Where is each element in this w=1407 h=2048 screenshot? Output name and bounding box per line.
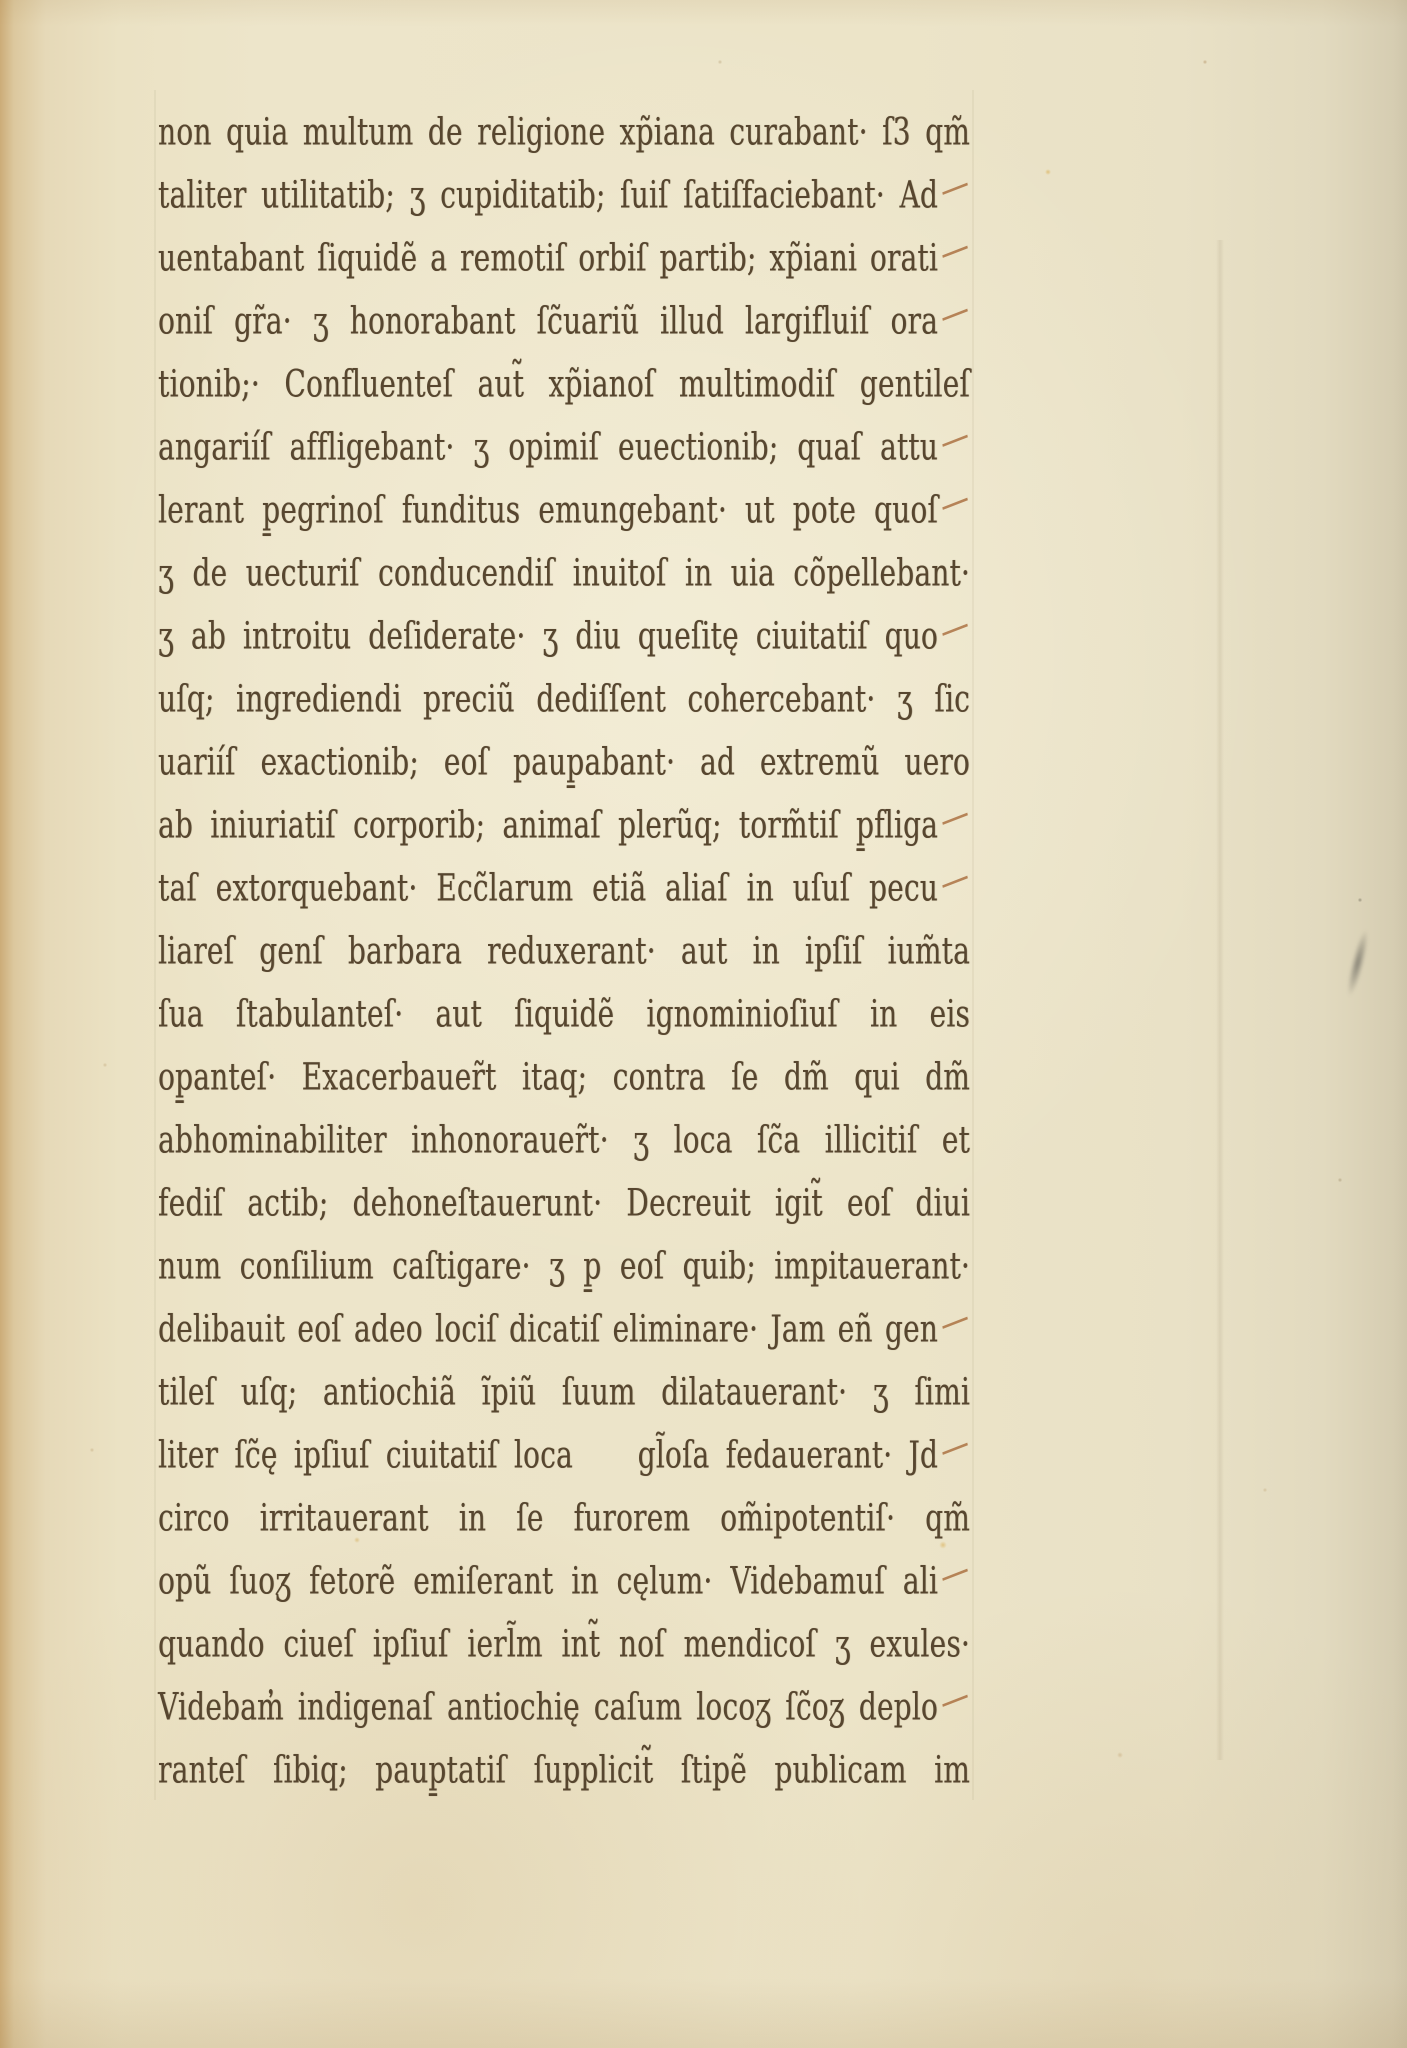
manuscript-line-text: op̱anteſ· Exacerbauer̃t itaq; contra ſe … [158, 1054, 970, 1099]
manuscript-line-text: uſq; ingrediendi preciũ dediſſent coherc… [158, 676, 970, 721]
line-filler-stroke [942, 875, 968, 887]
text-block: non quia multum de religione xp̃iana cur… [158, 100, 970, 1801]
manuscript-line-text: ſua ſtabulanteſ· aut ſiquidẽ ignominioſi… [158, 991, 970, 1036]
line-filler-stroke [942, 497, 968, 509]
line-filler-stroke [942, 812, 968, 824]
manuscript-line-text: angariíſ affligebant· ʒ opimiſ euectioni… [158, 424, 938, 469]
line-filler-stroke [942, 1316, 968, 1328]
line-filler-stroke [942, 245, 968, 257]
manuscript-line-text: taſ extorquebant· Ecc̃larum etiã aliaſ i… [158, 865, 938, 910]
manuscript-line-text: taliter utilitatib; ʒ cupiditatib; ſuiſ … [158, 172, 938, 217]
line-filler-stroke [942, 1442, 968, 1454]
manuscript-line-text: lerant p̱egrinoſ funditus emungebant· ut… [158, 487, 938, 532]
line-filler-stroke [942, 1694, 968, 1706]
manuscript-line-text: ab iniuriatiſ corporib; animaſ plerũq; t… [158, 802, 938, 847]
manuscript-line: ranteſ ſibiq; paup̱tatiſ ſupplicit̃ ſtip… [158, 1727, 970, 1812]
ink-smudge [1341, 907, 1379, 1000]
manuscript-line-text: fediſ actib; dehoneſtauerunt· Decreuit i… [158, 1180, 970, 1225]
manuscript-line-text: Videbam̓ indigenaſ antiochię caſum locoʒ… [158, 1684, 938, 1729]
manuscript-line-text: liter ſc̃ę ipſiuſ ciuitatiſ loca gl̃oſa … [158, 1432, 938, 1477]
manuscript-line-text: num conſilium caſtigare· ʒ p̱ eoſ quib; … [158, 1243, 970, 1288]
manuscript-line-text: tileſ uſq; antiochiã ĩpiũ ſuum dilatauer… [158, 1369, 970, 1414]
manuscript-page: non quia multum de religione xp̃iana cur… [0, 0, 1407, 2048]
manuscript-line-text: circo irritauerant in ſe furorem om̃ipot… [158, 1495, 970, 1540]
line-filler-stroke [942, 623, 968, 635]
parchment-crease [1216, 240, 1224, 1760]
manuscript-line-text: oniſ gr̃a· ʒ honorabant ſc̃uariũ illud l… [158, 298, 938, 343]
line-filler-stroke [942, 308, 968, 320]
manuscript-line-text: tionib;· Confluenteſ aut̃ xp̃ianoſ multi… [158, 361, 970, 406]
manuscript-line-text: abhominabiliter inhonorauer̃t· ʒ loca ſc… [158, 1117, 970, 1162]
ruling-line-right [972, 90, 974, 1800]
line-filler-stroke [942, 182, 968, 194]
line-filler-stroke [942, 434, 968, 446]
manuscript-line-text: delibauit eoſ adeo lociſ dicatiſ elimina… [158, 1306, 938, 1351]
manuscript-line-text: ʒ ab introitu deſiderate· ʒ diu queſitę … [158, 613, 938, 658]
manuscript-line-text: liareſ genſ barbara reduxerant· aut in i… [158, 928, 970, 973]
ruling-line-left [154, 90, 156, 1800]
line-filler-stroke [942, 1568, 968, 1580]
manuscript-line-text: quando ciueſ ipſiuſ ierl̃m int̃ noſ mend… [158, 1621, 970, 1666]
manuscript-line-text: uariíſ exactionib; eoſ paup̱abant· ad ex… [158, 739, 970, 784]
manuscript-line-text: non quia multum de religione xp̃iana cur… [158, 109, 970, 154]
manuscript-line-text: uentabant ſiquidẽ a remotiſ orbiſ partib… [158, 235, 938, 280]
manuscript-line-text: ʒ de uecturiſ conducendiſ inuitoſ in uia… [158, 550, 970, 595]
manuscript-line-text: ranteſ ſibiq; paup̱tatiſ ſupplicit̃ ſtip… [158, 1747, 970, 1792]
manuscript-line-text: opũ ſuoʒ̷ fetorẽ emiſerant in cęlum· Vid… [158, 1558, 938, 1603]
